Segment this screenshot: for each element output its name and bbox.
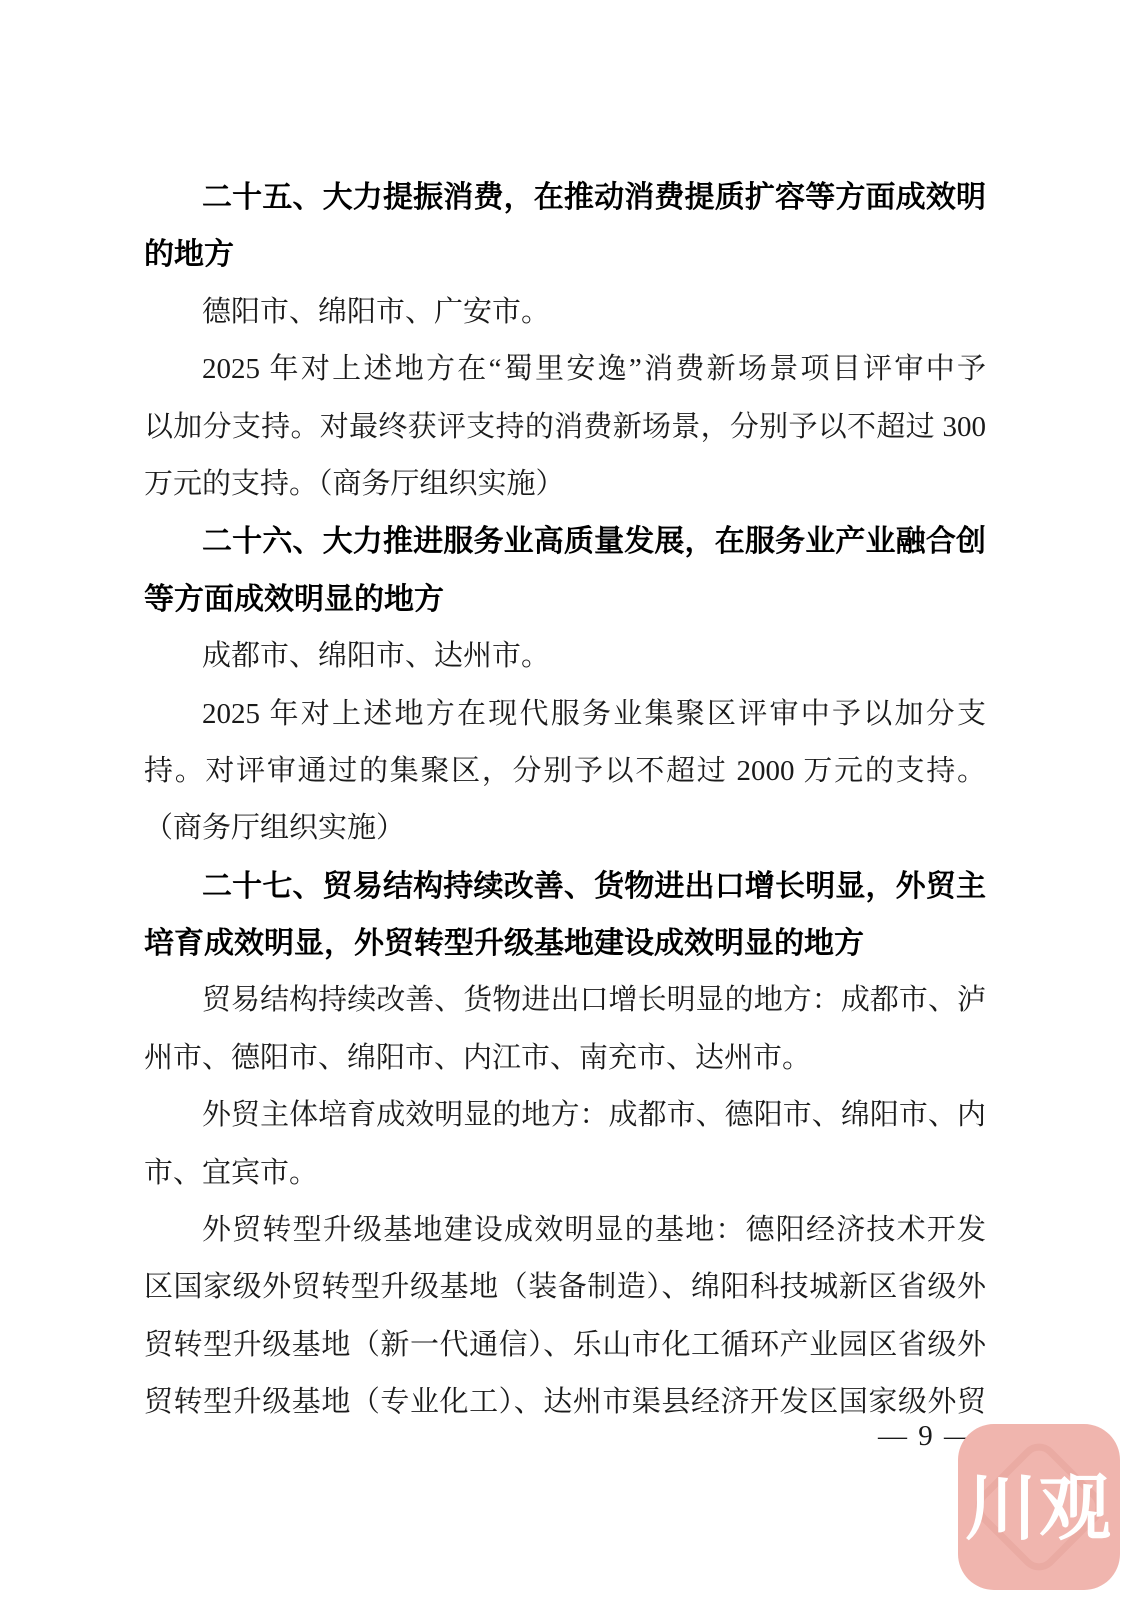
paragraph-line: 市、宜宾市。	[144, 1145, 986, 1202]
paragraph-line: 持。对评审通过的集聚区，分别予以不超过 2000 万元的支持。	[144, 743, 986, 800]
paragraph-line: 区国家级外贸转型升级基地（装备制造）、绵阳科技城新区省级外	[144, 1259, 986, 1316]
paragraph-line: 贸转型升级基地（新一代通信）、乐山市化工循环产业园区省级外	[144, 1317, 986, 1374]
watermark-text: 川观	[965, 1473, 1113, 1545]
paragraph-line: 以加分支持。对最终获评支持的消费新场景，分别予以不超过 300	[144, 399, 986, 456]
section-heading-line: 培育成效明显，外贸转型升级基地建设成效明显的地方	[144, 915, 986, 972]
paragraph-line: 州市、德阳市、绵阳市、内江市、南充市、达州市。	[144, 1030, 986, 1087]
section-heading-line: 二十六、大力推进服务业高质量发展，在服务业产业融合创新	[144, 513, 986, 570]
section-heading-line: 的地方	[144, 226, 986, 283]
document-page: 二十五、大力提振消费，在推动消费提质扩容等方面成效明显的地方德阳市、绵阳市、广安…	[0, 0, 1131, 1600]
document-content: 二十五、大力提振消费，在推动消费提质扩容等方面成效明显的地方德阳市、绵阳市、广安…	[144, 169, 986, 1432]
paragraph-line: 万元的支持。（商务厅组织实施）	[144, 456, 986, 513]
paragraph-line: 2025 年对上述地方在现代服务业集聚区评审中予以加分支	[144, 686, 986, 743]
paragraph-line: 德阳市、绵阳市、广安市。	[144, 284, 986, 341]
paragraph-line: 贸易结构持续改善、货物进出口增长明显的地方：成都市、泸	[144, 972, 986, 1029]
paragraph-line: （商务厅组织实施）	[144, 800, 986, 857]
paragraph-line: 外贸转型升级基地建设成效明显的基地：德阳经济技术开发	[144, 1202, 986, 1259]
watermark-logo: 川观	[958, 1424, 1120, 1590]
paragraph-line: 外贸主体培育成效明显的地方：成都市、德阳市、绵阳市、内江	[144, 1087, 986, 1144]
section-heading-line: 等方面成效明显的地方	[144, 571, 986, 628]
section-heading-line: 二十七、贸易结构持续改善、货物进出口增长明显，外贸主体	[144, 858, 986, 915]
paragraph-line: 成都市、绵阳市、达州市。	[144, 628, 986, 685]
paragraph-line: 2025 年对上述地方在“蜀里安逸”消费新场景项目评审中予	[144, 341, 986, 398]
paragraph-line: 贸转型升级基地（专业化工）、达州市渠县经济开发区国家级外贸	[144, 1374, 986, 1431]
section-heading-line: 二十五、大力提振消费，在推动消费提质扩容等方面成效明显	[144, 169, 986, 226]
